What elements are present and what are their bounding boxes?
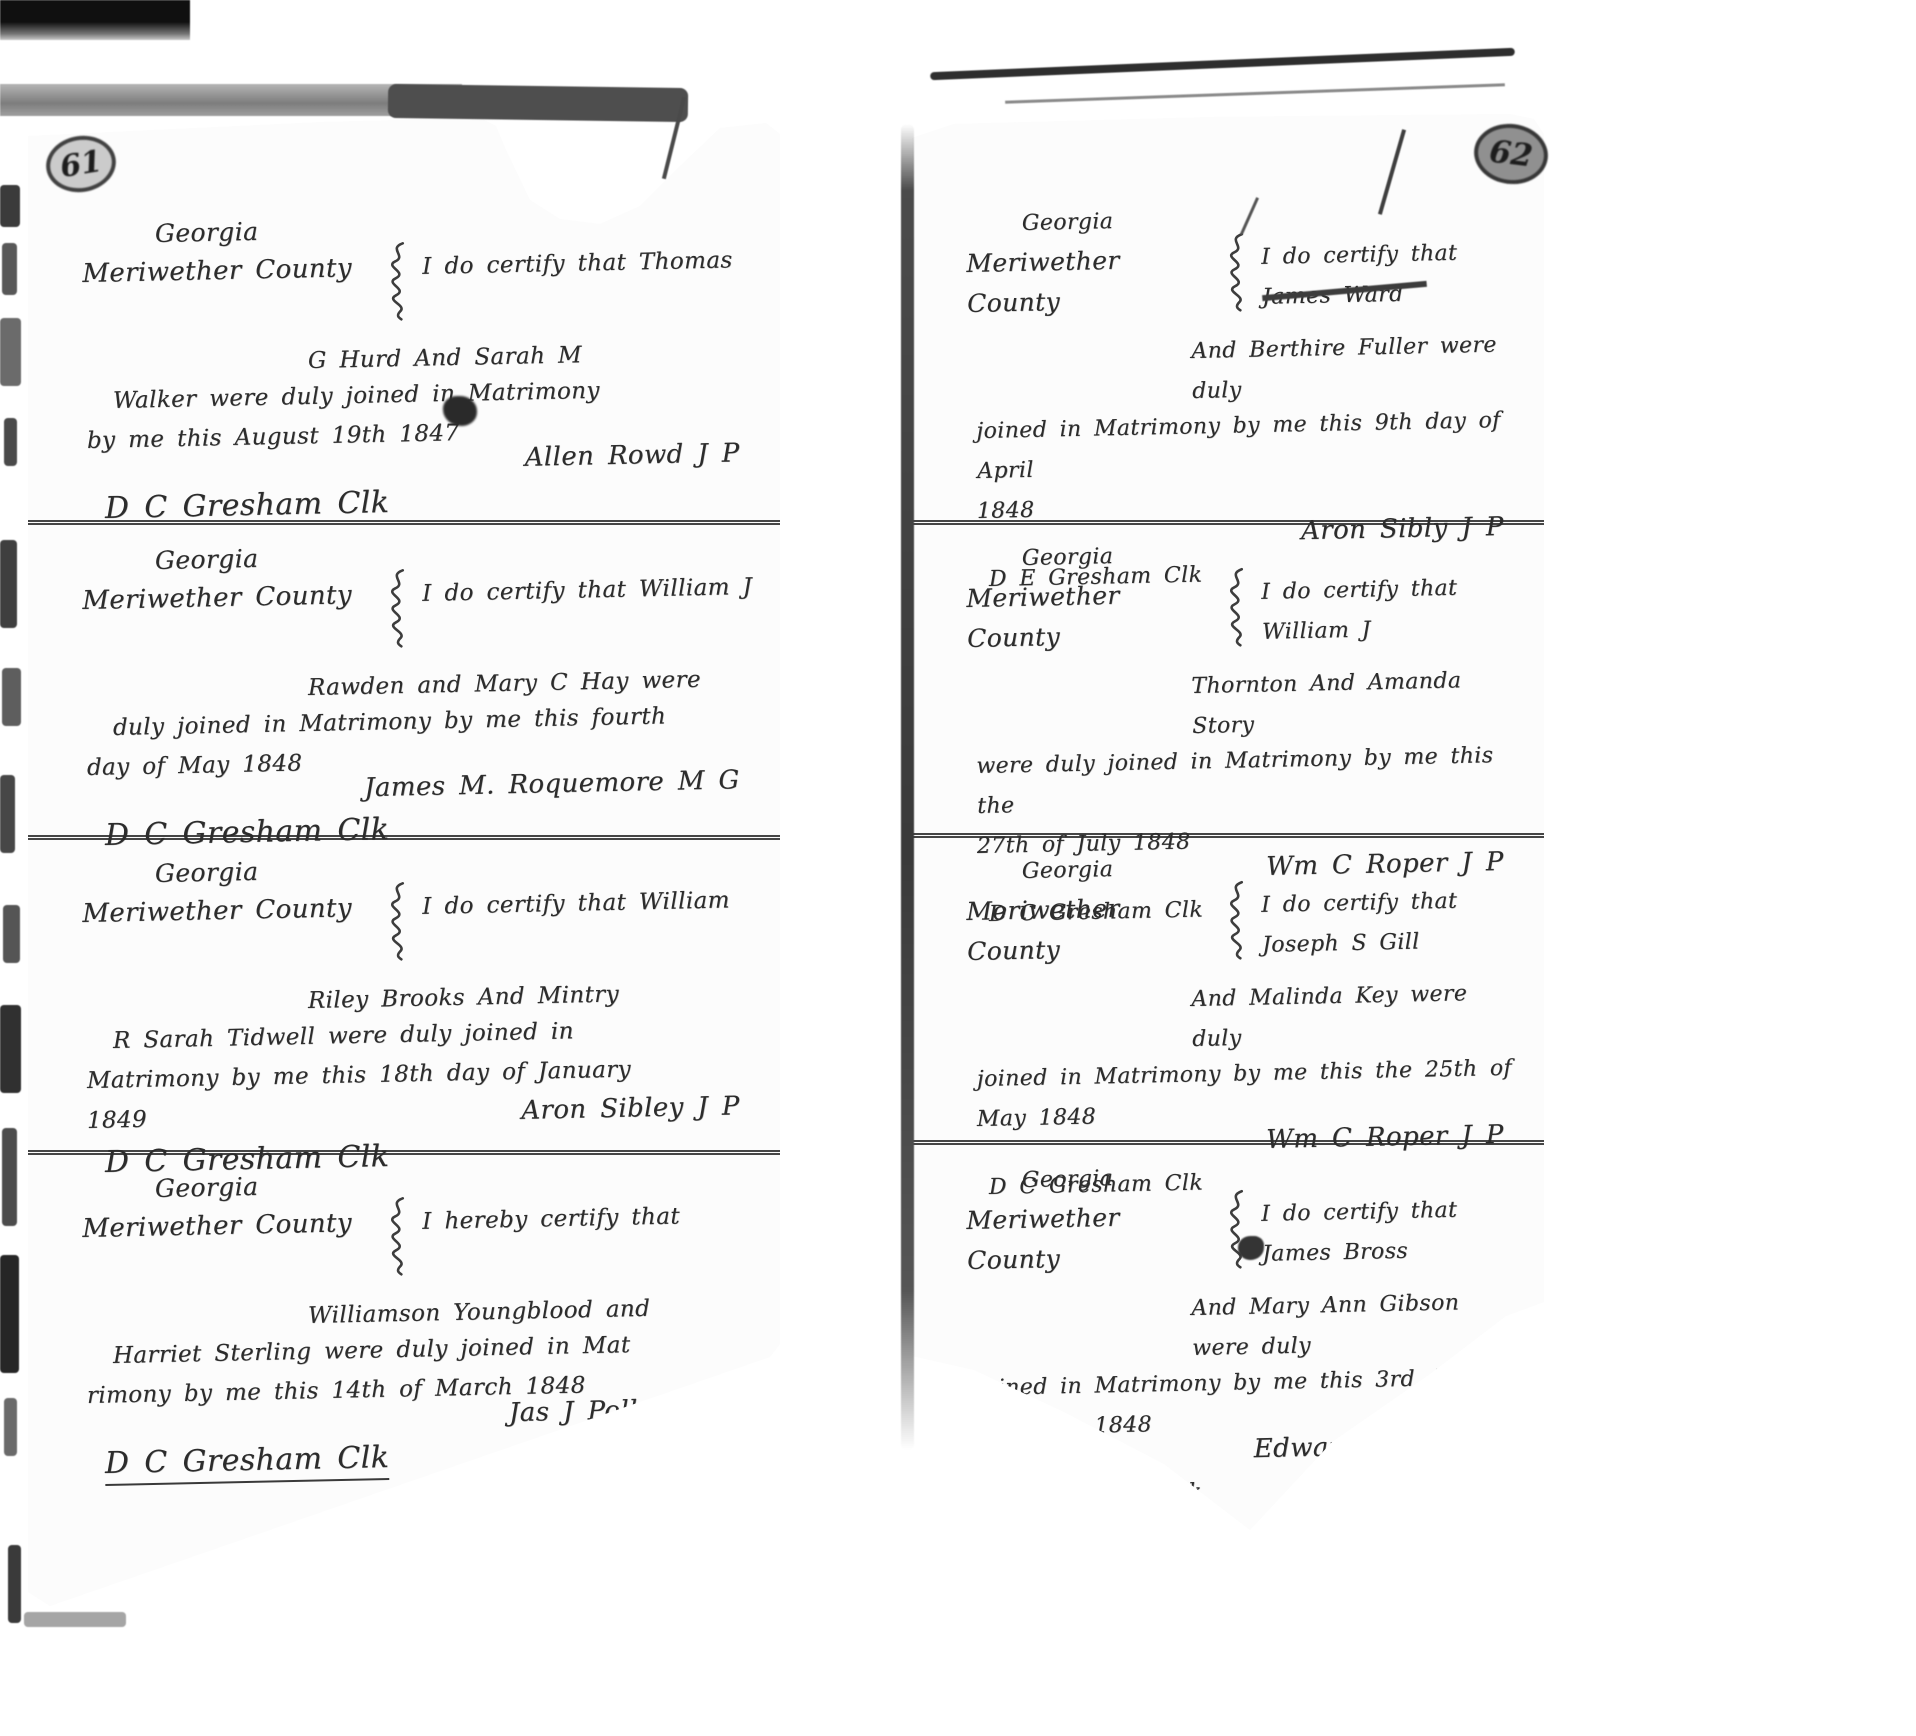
certify-line: And Berthire Fuller were duly: [1191, 325, 1520, 412]
county-row: Meriwether County I do certify that Thom…: [82, 240, 756, 341]
brace-squiggle-icon: [382, 1194, 414, 1290]
county-label: Meriwether County: [82, 248, 383, 294]
county-label: Meriwether County: [966, 1196, 1223, 1281]
certify-line: I do certify that James Bross: [1261, 1189, 1520, 1274]
county-row: Meriwether County I do certify that Will…: [82, 880, 756, 981]
left-page: Georgia Meriwether County I do certify t…: [28, 116, 780, 1614]
officiant-signature: Allen Rowd J P: [524, 433, 755, 478]
scan-artifact: [0, 775, 15, 853]
county-row: Meriwether County I do certify that Will…: [966, 567, 1520, 667]
book-gutter-shadow: [901, 124, 914, 1450]
scan-artifact: [0, 185, 20, 227]
marriage-record-entry: Georgia Meriwether County I do certify t…: [28, 116, 780, 525]
certify-line: were duly joined in Matrimony by me this…: [976, 736, 1520, 827]
scan-artifact: [2, 668, 21, 726]
certify-line: I do certify that Joseph S Gill: [1261, 880, 1520, 965]
certify-line: And Malinda Key were duly: [1191, 973, 1520, 1060]
scan-artifact: [0, 1255, 19, 1373]
clerk-signature: D A Gresham Clk: [988, 1473, 1202, 1525]
certify-line: I do certify that William J: [422, 567, 755, 614]
marriage-record-entry: Georgia Meriwether County I do certify t…: [28, 840, 780, 1155]
scan-artifact: [4, 418, 17, 466]
county-label: Meriwether County: [966, 574, 1223, 659]
county-row: Meriwether County I do certify that Will…: [82, 567, 756, 668]
brace-squiggle-icon: [382, 239, 414, 335]
marriage-record-entry: Georgia Meriwether County I do certify t…: [912, 525, 1544, 838]
brace-squiggle-icon: [1221, 878, 1253, 975]
ink-blot: [443, 396, 477, 426]
scan-artifact: [388, 84, 688, 122]
certify-line: I do certify that William: [422, 880, 755, 927]
marriage-record-entry: Georgia Meriwether County I do certify t…: [28, 525, 780, 840]
county-label: Meriwether County: [82, 575, 383, 621]
signature-row: Edward Allms J P: [977, 1438, 1519, 1475]
brace-squiggle-icon: [1221, 230, 1253, 327]
certify-line: And Mary Ann Gibson were duly: [1191, 1282, 1520, 1369]
certify-line: I hereby certify that: [422, 1195, 755, 1242]
officiant-signature: James M. Roquemore M G: [364, 760, 755, 808]
certify-line: I do certify that James Ward: [1261, 232, 1520, 317]
brace-squiggle-icon: [382, 879, 414, 975]
county-label: Meriwether County: [966, 887, 1223, 972]
marriage-record-entry: Georgia Meriwether County I do certify t…: [912, 838, 1544, 1145]
officiant-signature: Edward Allms J P: [1253, 1424, 1519, 1470]
marriage-record-entry: Georgia Meriwether County I hereby certi…: [28, 1155, 780, 1614]
right-page: Georgia Meriwether County I do certify t…: [912, 112, 1544, 1544]
scan-artifact: [2, 1128, 17, 1226]
county-label: Meriwether County: [966, 239, 1223, 324]
scan-artifact: [0, 1005, 21, 1093]
clerk-signature: D C Gresham Clk: [104, 483, 389, 529]
scan-artifact: [930, 48, 1515, 80]
certify-line: I do certify that Thomas: [422, 240, 755, 287]
brace-squiggle-icon: [1221, 565, 1253, 662]
scan-artifact: [24, 1612, 126, 1627]
clerk-signature: D C Gresham Clk: [104, 1438, 389, 1486]
brace-squiggle-icon: [382, 566, 414, 662]
officiant-signature: Aron Sibley J P: [521, 1086, 755, 1131]
scan-artifact: [3, 905, 20, 963]
certify-line: joined in Matrimony by me this 3rd day o…: [976, 1358, 1519, 1409]
certify-line: joined in Matrimony by me this 9th day o…: [976, 401, 1520, 492]
marriage-record-entry: Georgia Meriwether County I do certify t…: [912, 112, 1544, 525]
county-row: Meriwether County I hereby certify that: [82, 1195, 756, 1296]
scan-artifact: [8, 1545, 21, 1623]
county-row: Meriwether County I do certify that Jame…: [966, 232, 1520, 332]
certify-line: I do certify that William J: [1261, 567, 1520, 652]
scan-artifact: [0, 540, 17, 628]
certify-line: 1849: [86, 1100, 147, 1141]
scan-artifact: [0, 318, 21, 386]
scan-artifact: [0, 0, 190, 40]
county-row: Meriwether County I do certify that Jose…: [966, 880, 1520, 980]
scan-artifact: [4, 1398, 17, 1456]
county-label: Meriwether County: [82, 888, 383, 934]
scanned-marriage-register-spread: 61 62 Georgia Meriwether County I do cer…: [0, 0, 1916, 1736]
scan-artifact: [1005, 83, 1505, 103]
county-label: Meriwether County: [82, 1203, 383, 1249]
certify-line: Thornton And Amanda Story: [1191, 660, 1520, 747]
officiant-signature: Jas J Pollard J P: [509, 1388, 756, 1433]
marriage-record-entry: Georgia Meriwether County I do certify t…: [912, 1145, 1544, 1544]
scan-artifact: [2, 243, 17, 295]
